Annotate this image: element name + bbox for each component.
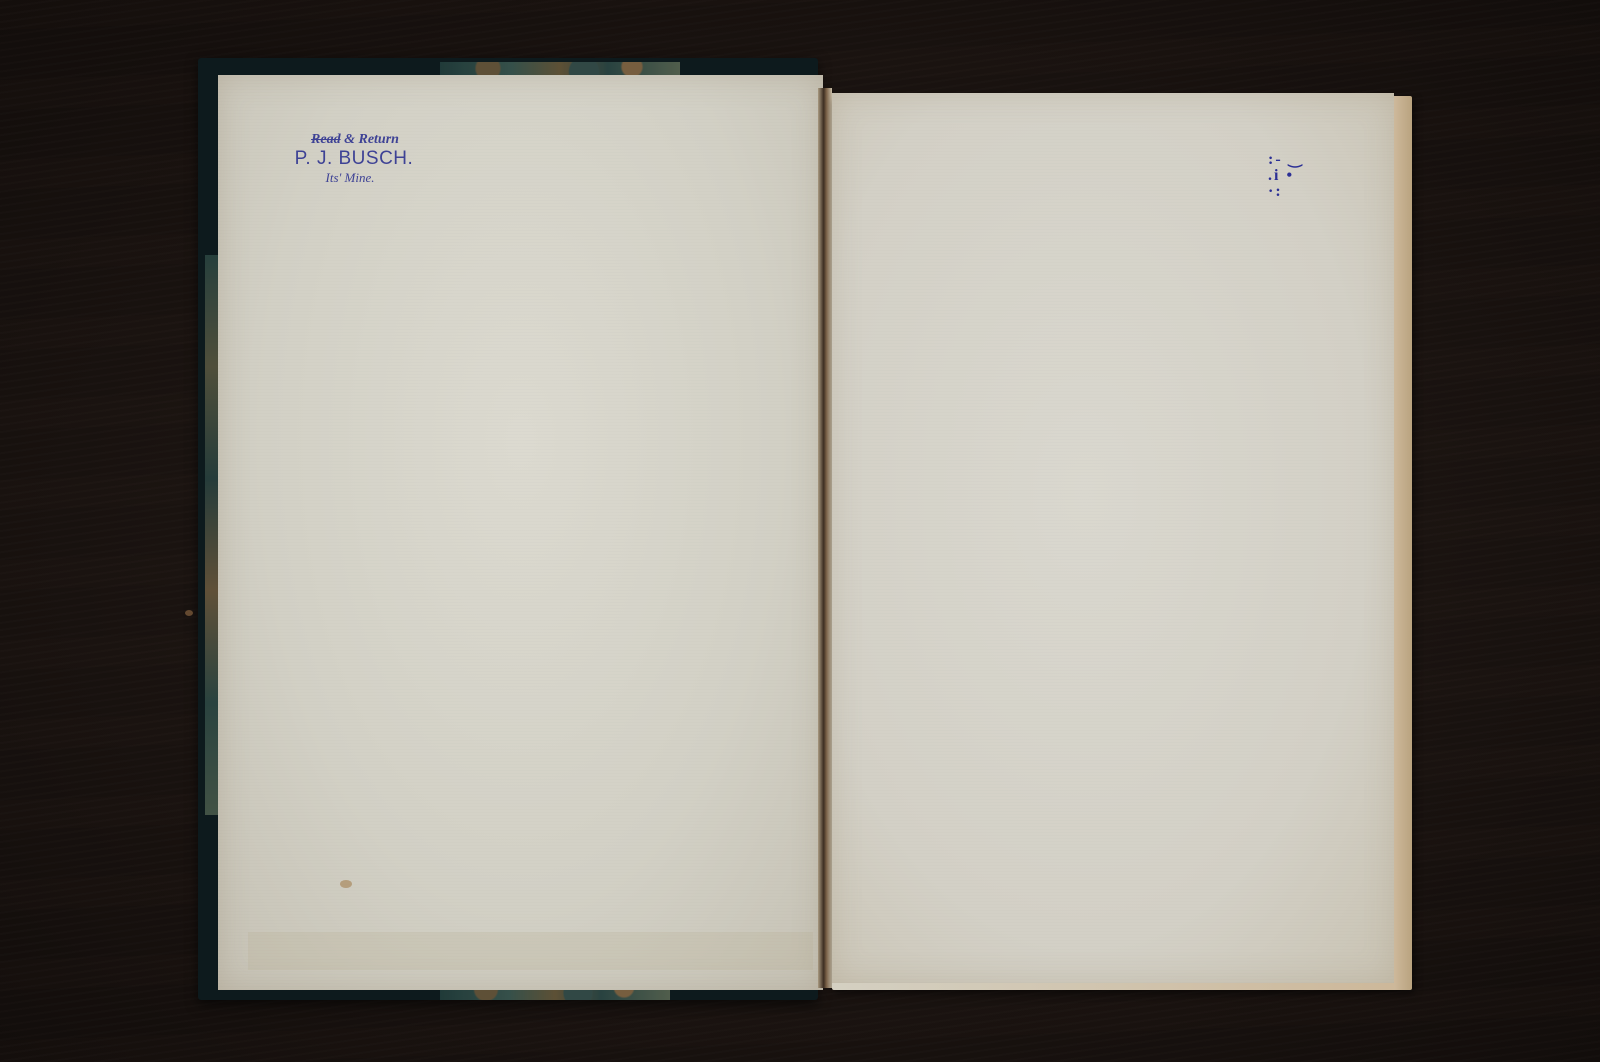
stamp-line-1: Read & Return — [275, 132, 435, 148]
owner-stamp: Read & Return P. J. BUSCH. Its' Mine. — [285, 132, 435, 186]
book-gutter — [818, 88, 832, 988]
faded-ink-marks: :- ‿ .i • ·: — [1268, 152, 1338, 212]
foxing-spot — [340, 880, 352, 888]
photo-scene: Read & Return P. J. BUSCH. Its' Mine. :-… — [0, 0, 1600, 1062]
stamp-line-3: Its' Mine. — [265, 170, 435, 186]
foxing-spot — [185, 610, 193, 616]
right-flyleaf — [832, 93, 1394, 983]
stamp-owner-name: P. J. BUSCH. — [273, 148, 435, 170]
left-endpaper — [218, 75, 823, 990]
